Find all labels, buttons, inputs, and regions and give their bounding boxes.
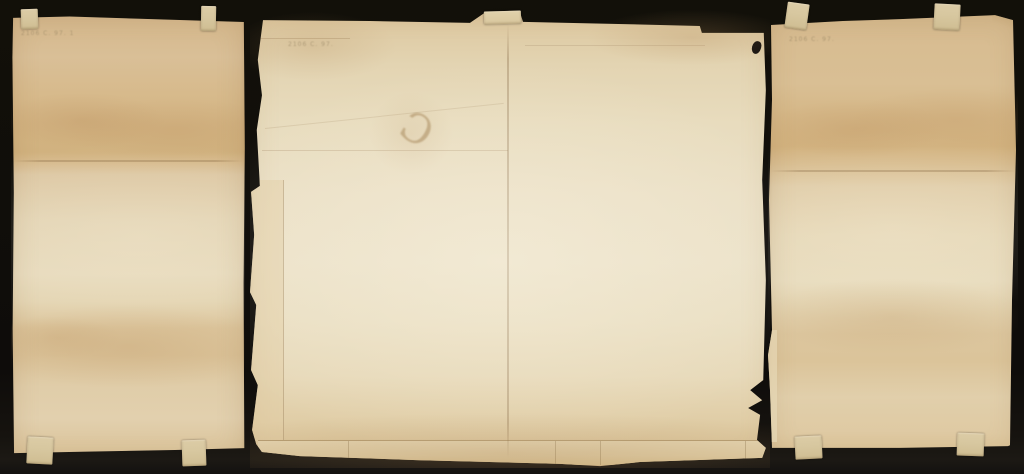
paper-tab-center-top [484, 11, 521, 25]
tape-tab-right-bottom-1 [794, 435, 822, 459]
center-sheet-texture [250, 10, 770, 468]
right-sheet-texture [768, 12, 1018, 460]
left-sheet-texture [11, 12, 245, 464]
center-sheet-shelfmark-inscription: 2106 C. 97. [288, 41, 334, 48]
tape-tab-right-top-1 [784, 2, 809, 31]
right-sheet: 2106 C. 97. [768, 12, 1018, 460]
photo-stage: 2106 C. 97. 1 C 2106 C. 97. [0, 0, 1024, 474]
tape-tab-right-top-2 [933, 3, 960, 30]
left-sheet-fold-crease [13, 160, 243, 162]
center-sheet: C 2106 C. 97. [250, 10, 770, 468]
right-sheet-shelfmark-inscription: 2106 C. 97. [789, 36, 835, 43]
tape-tab-left-bottom-1 [26, 436, 53, 464]
right-sheet-fold-crease [770, 170, 1016, 172]
left-sheet: 2106 C. 97. 1 [11, 12, 245, 464]
left-sheet-shelfmark-inscription: 2106 C. 97. 1 [21, 30, 74, 37]
tape-tab-left-top-1 [21, 9, 39, 30]
tape-tab-right-bottom-2 [957, 433, 985, 457]
tape-tab-left-top-2 [201, 6, 216, 31]
tape-tab-left-bottom-2 [182, 440, 207, 467]
